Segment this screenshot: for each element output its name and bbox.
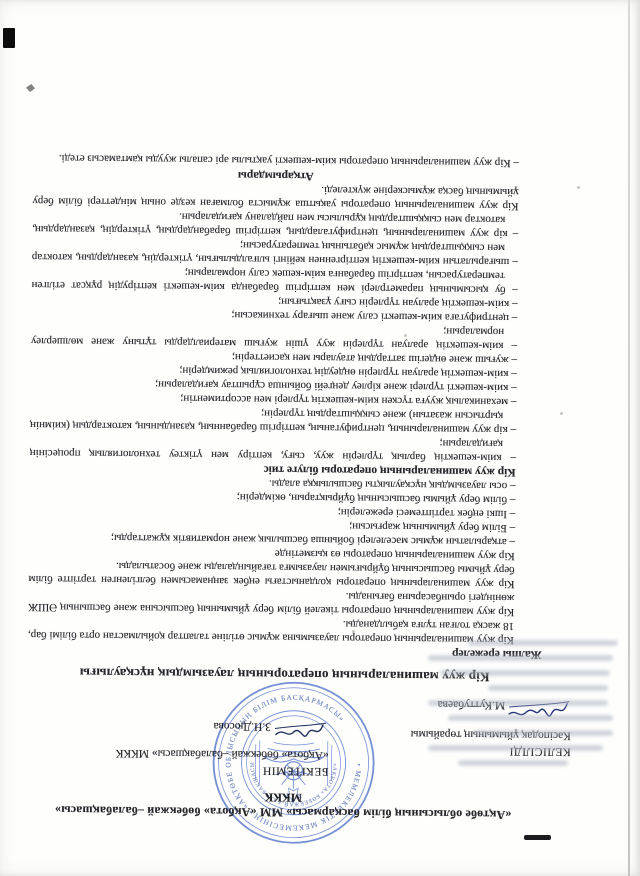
list-item: кір жуу машиналарының, центрифугалардың,… <box>32 208 518 241</box>
scan-artifact-bar <box>3 28 15 48</box>
scan-speck <box>404 334 407 337</box>
list-item: киім-кешектің барлық түрлерін жуу, сығу,… <box>30 432 516 465</box>
knowledge-list: киім-кешектің барлық түрлерін жуу, сығу,… <box>30 208 519 465</box>
scan-speck <box>560 412 563 415</box>
bleed-through-text <box>428 640 633 805</box>
paragraph: Кір жуу машиналарының операторы тікелей … <box>28 586 514 619</box>
stamp-ring-text: • МЕМЛЕКЕТТІК МЕКЕМЕСІНІҢ • «АҚТӨБЕ ОБЛЫ… <box>223 692 365 834</box>
paragraph: Кір жуу машиналарының операторы уақытша … <box>32 180 518 213</box>
scan-speck <box>577 186 580 189</box>
scanned-document-screenshot: { "document": { "header": { "line1": "«А… <box>0 0 640 876</box>
page: «Ақтөбе облысының білім басқармасы» ММ «… <box>0 0 640 876</box>
scan-artifact-dash <box>524 835 551 840</box>
document-body: Жалпы ережелер Кір жуу машиналарының опе… <box>28 151 519 661</box>
official-stamp: • МЕМЛЕКЕТТІК МЕКЕМЕСІНІҢ • «АҚТӨБЕ ОБЛЫ… <box>206 675 382 851</box>
list-item: бу қысымының параметрлері мен кептіргіш … <box>32 264 518 297</box>
list-item: кір жуу машиналарының, центрифуганың, ке… <box>30 404 516 437</box>
guidance-list: атқарылатын жұмыс мәселелері бойынша бас… <box>29 474 516 549</box>
list-item: шығарылатын киім-кешектің кептіргеннен к… <box>32 236 518 269</box>
paragraph: Кір жуу машиналарының операторы қолданыс… <box>28 558 514 591</box>
list-item: киім-кешектің әралуан түрлерін жуу үшін … <box>31 320 517 353</box>
svg-text:• МЕМЛЕКЕТТІК МЕКЕМЕСІНІҢ • «А: • МЕМЛЕКЕТТІК МЕКЕМЕСІНІҢ • «АҚТӨБЕ ОБЛЫ… <box>223 692 365 834</box>
scan-speck <box>352 630 355 633</box>
page-edge-line <box>628 0 630 876</box>
